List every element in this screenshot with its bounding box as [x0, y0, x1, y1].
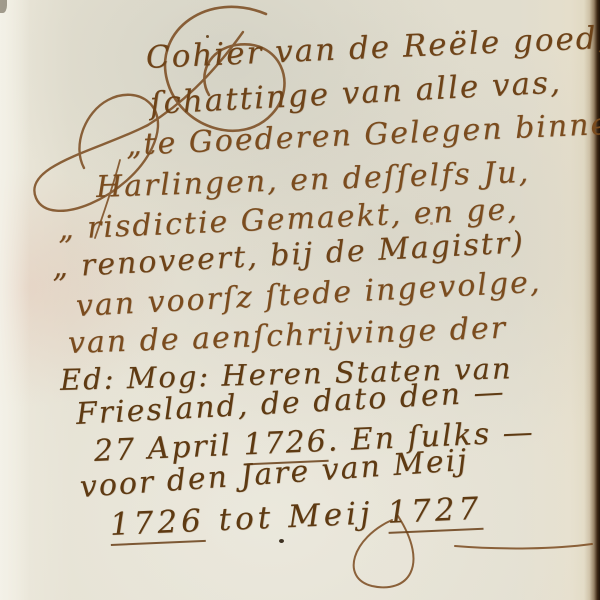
- line-text: tot Meij: [204, 495, 388, 539]
- underline-stroke: [455, 544, 592, 548]
- underlined-year: 1727: [387, 491, 484, 534]
- underlined-year: 1726: [109, 503, 206, 546]
- manuscript-page: Cohier van de Reële goed, ſchattinge van…: [0, 0, 600, 600]
- binding-edge-shadow: [584, 0, 600, 600]
- page-left-edge: [0, 0, 30, 600]
- ink-speck: [279, 539, 284, 543]
